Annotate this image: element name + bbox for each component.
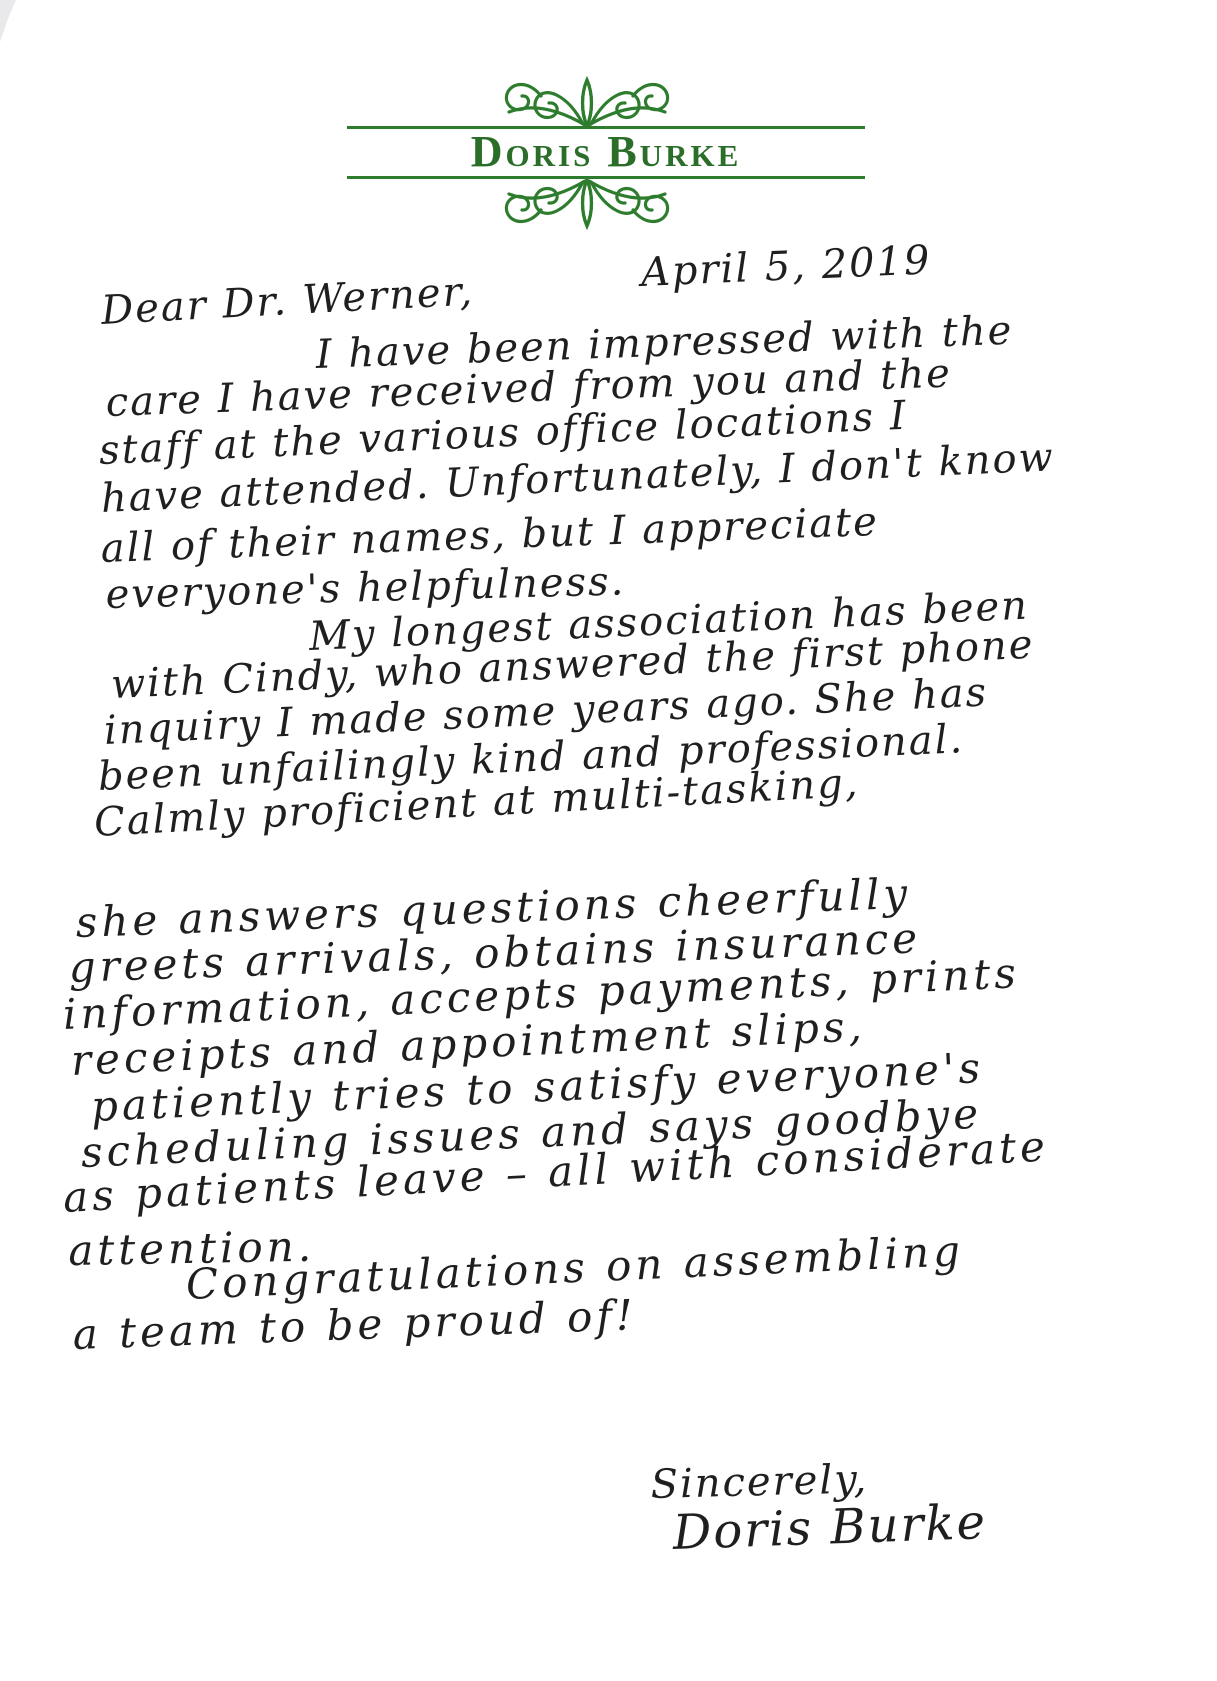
letterhead-name: Doris Burke bbox=[347, 129, 865, 175]
letter-date: April 5, 2019 bbox=[640, 237, 932, 296]
letter-salutation: Dear Dr. Werner, bbox=[100, 268, 475, 333]
letter-signature: Doris Burke bbox=[672, 1499, 988, 1556]
letter-page: Doris Burke April 5, 2019 Dear Dr. Werne… bbox=[0, 0, 1217, 1681]
letterhead-flourish-bottom-icon bbox=[497, 178, 677, 238]
letter-line: a team to be proud of! bbox=[72, 1292, 637, 1358]
scan-artifact bbox=[0, 0, 16, 42]
letterhead-flourish-top-icon bbox=[497, 68, 677, 128]
